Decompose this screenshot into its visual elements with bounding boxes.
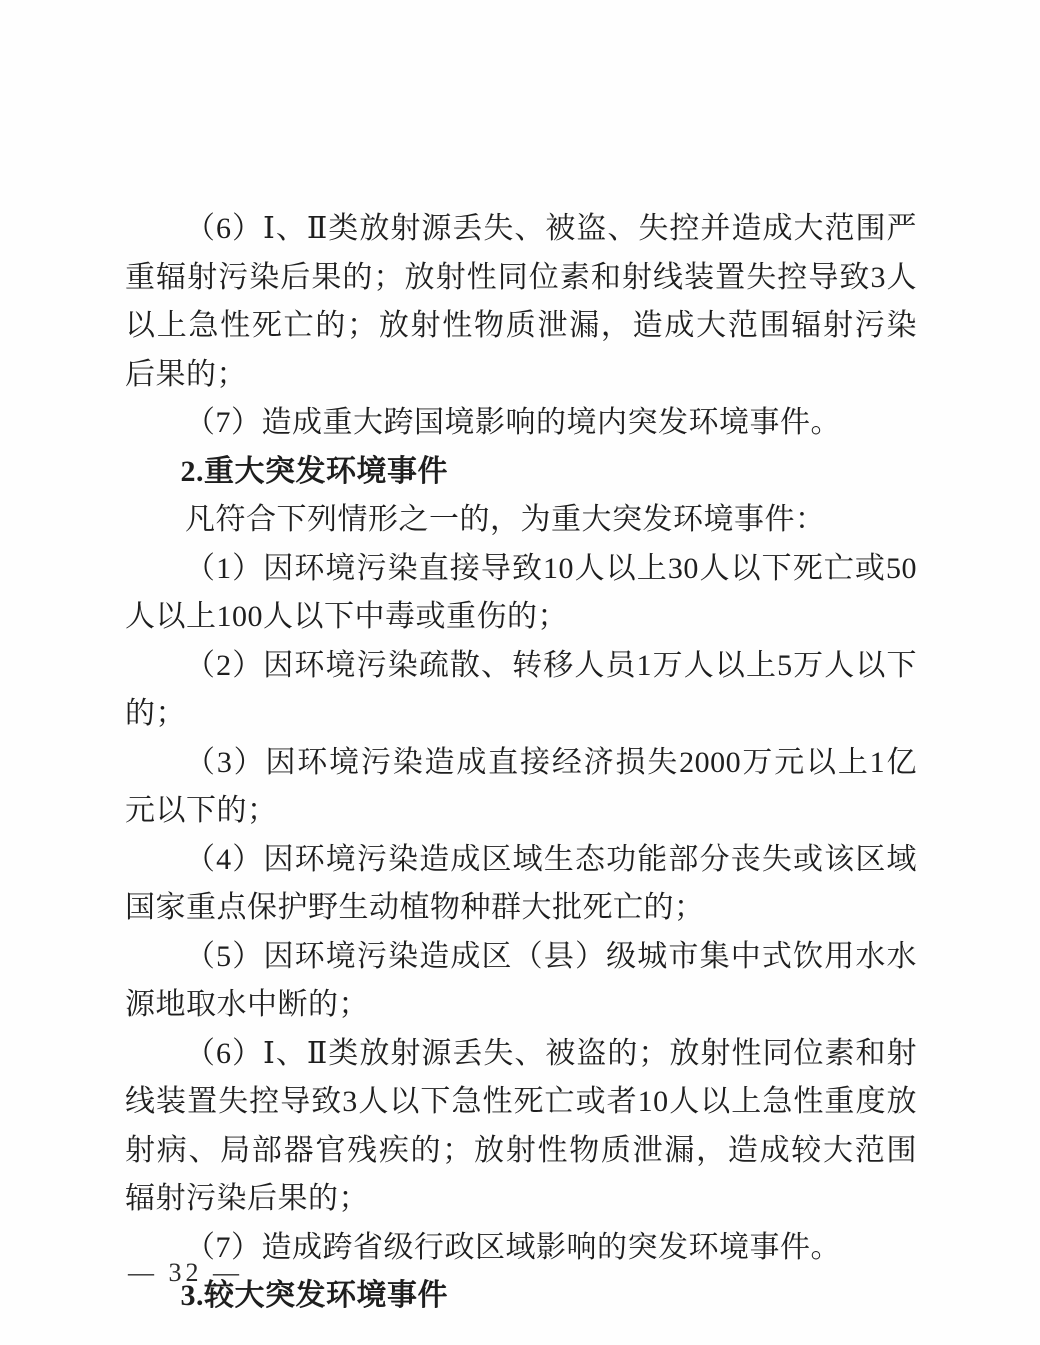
body-paragraph: （7）造成重大跨国境影响的境内突发环境事件。 <box>125 399 917 448</box>
body-paragraph: （6）Ⅰ、Ⅱ类放射源丢失、被盗、失控并造成大范围严重辐射污染后果的；放射性同位素… <box>125 205 917 399</box>
body-paragraph: 凡符合下列情形之一的，为重大突发环境事件： <box>125 496 917 545</box>
body-paragraph: （1）因环境污染直接导致10人以上30人以下死亡或50人以上100人以下中毒或重… <box>125 545 917 642</box>
page-number: — 32 — <box>128 1258 243 1288</box>
body-paragraph: （2）因环境污染疏散、转移人员1万人以上5万人以下的； <box>125 642 917 739</box>
body-paragraph: （5）因环境污染造成区（县）级城市集中式饮用水水源地取水中断的； <box>125 933 917 1030</box>
document-page: （6）Ⅰ、Ⅱ类放射源丢失、被盗、失控并造成大范围严重辐射污染后果的；放射性同位素… <box>0 0 1040 1345</box>
section-heading: 2.重大突发环境事件 <box>125 448 917 497</box>
document-text-block: （6）Ⅰ、Ⅱ类放射源丢失、被盗、失控并造成大范围严重辐射污染后果的；放射性同位素… <box>125 205 917 1321</box>
section-heading: 3.较大突发环境事件 <box>125 1272 917 1321</box>
body-paragraph: （6）Ⅰ、Ⅱ类放射源丢失、被盗的；放射性同位素和射线装置失控导致3人以下急性死亡… <box>125 1030 917 1224</box>
body-paragraph: （7）造成跨省级行政区域影响的突发环境事件。 <box>125 1224 917 1273</box>
body-paragraph: （4）因环境污染造成区域生态功能部分丧失或该区域国家重点保护野生动植物种群大批死… <box>125 836 917 933</box>
body-paragraph: （3）因环境污染造成直接经济损失2000万元以上1亿元以下的； <box>125 739 917 836</box>
